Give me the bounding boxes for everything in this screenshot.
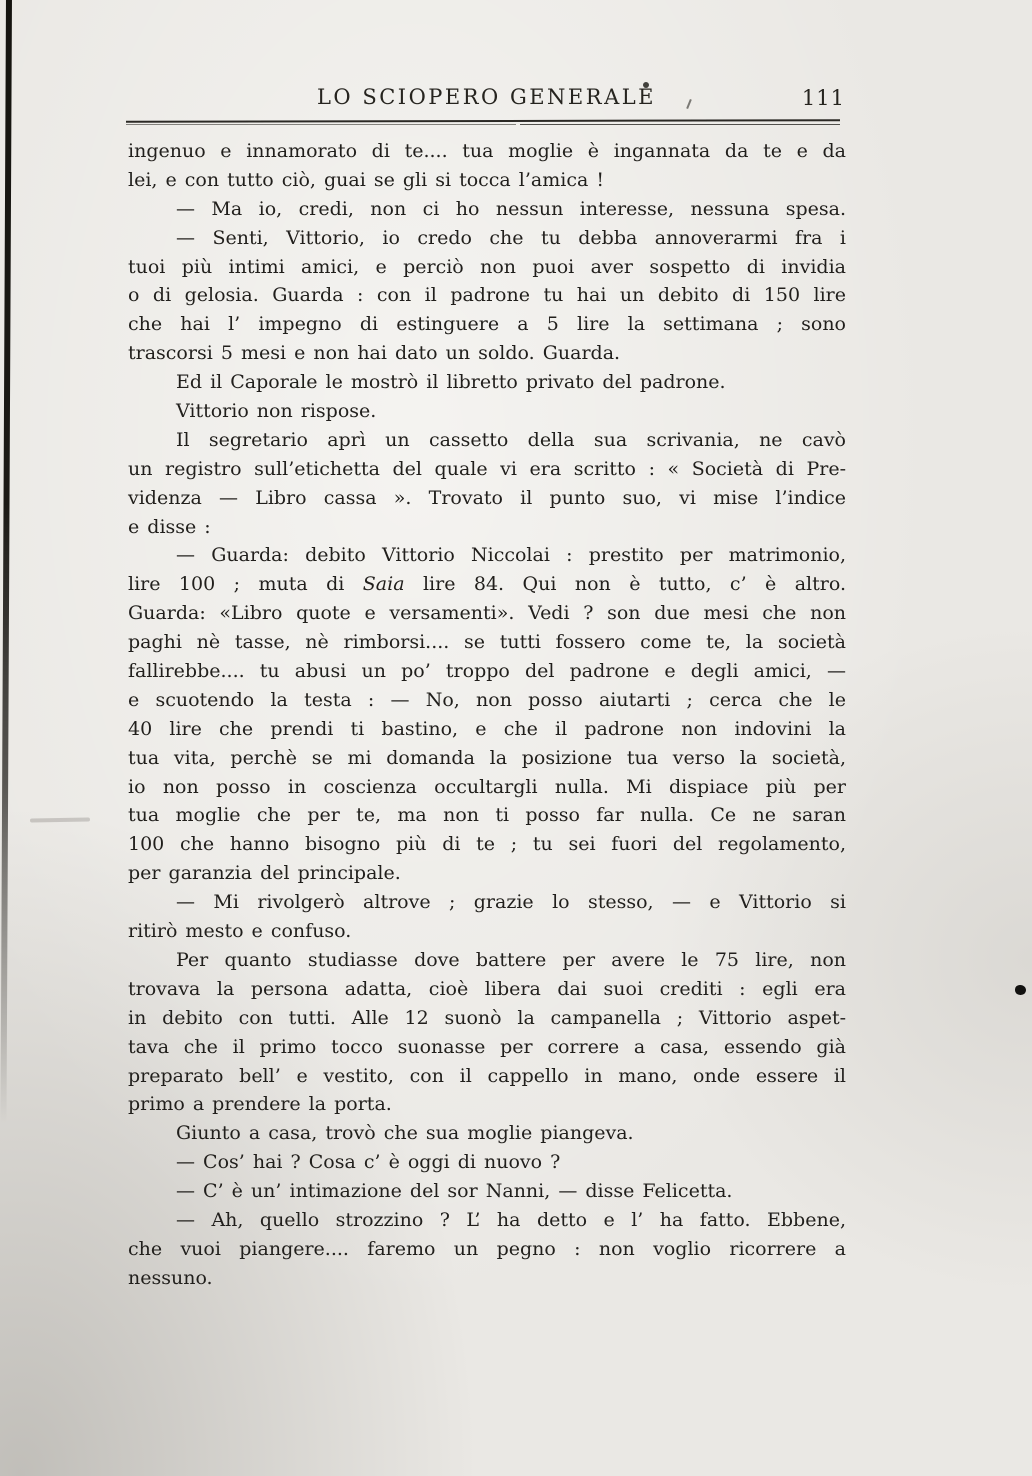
text-line: e disse : — [128, 513, 846, 542]
text-line: nessuno. — [128, 1264, 846, 1293]
text-line: Giunto a casa, trovò che sua moglie pian… — [128, 1119, 846, 1148]
text-line: ingenuo e innamorato di te.... tua mogli… — [128, 137, 846, 166]
ink-blob-artifact — [1015, 985, 1026, 995]
text-line: Per quanto studiasse dove battere per av… — [128, 946, 846, 975]
text-line: — Guarda: debito Vittorio Niccolai : pre… — [128, 541, 846, 570]
ink-dot-artifact — [643, 82, 649, 88]
text-line: lire 100 ; muta di Saia lire 84. Qui non… — [128, 570, 846, 599]
text-line: — C’ è un’ intimazione del sor Nanni, — … — [128, 1177, 846, 1206]
text-line: per garanzia del principale. — [128, 859, 846, 888]
text-line: Vittorio non rispose. — [128, 397, 846, 426]
text-line: — Senti, Vittorio, io credo che tu debba… — [128, 224, 846, 253]
page-number: 111 — [760, 86, 845, 110]
text-line: — Mi rivolgerò altrove ; grazie lo stess… — [128, 888, 846, 917]
text-segment: lire 84. Qui non è tutto, c’ è altro. — [405, 573, 846, 595]
text-line: — Ah, quello strozzino ? L’ ha detto e l… — [128, 1206, 846, 1235]
text-line: preparato bell’ e vestito, con il cappel… — [128, 1062, 846, 1091]
text-line: — Cos’ hai ? Cosa c’ è oggi di nuovo ? — [128, 1148, 846, 1177]
text-line: in debito con tutti. Alle 12 suonò la ca… — [128, 1004, 846, 1033]
smudge-artifact — [30, 817, 90, 822]
text-line: trascorsi 5 mesi e non hai dato un soldo… — [128, 339, 846, 368]
text-line: primo a prendere la porta. — [128, 1090, 846, 1119]
text-line: tava che il primo tocco suonasse per cor… — [128, 1033, 846, 1062]
text-line: 40 lire che prendi ti bastino, e che il … — [128, 715, 846, 744]
text-line: o di gelosia. Guarda : con il padrone tu… — [128, 281, 846, 310]
text-line: e scuotendo la testa : — No, non posso a… — [128, 686, 846, 715]
text-line: trovava la persona adatta, cioè libera d… — [128, 975, 846, 1004]
header-rule-double-right — [520, 124, 840, 126]
text-segment: lire 100 ; muta di — [128, 573, 363, 595]
text-line: Guarda: «Libro quote e versamenti». Vedi… — [128, 599, 846, 628]
text-line: — Ma io, credi, non ci ho nessun interes… — [128, 195, 846, 224]
text-line: un registro sull’etichetta del quale vi … — [128, 455, 846, 484]
text-line: paghi nè tasse, nè rimborsi.... se tutti… — [128, 628, 846, 657]
book-gutter-shadow — [0, 0, 12, 1124]
text-line: io non posso in coscienza occultargli nu… — [128, 773, 846, 802]
text-line: lei, e con tutto ciò, guai se gli si toc… — [128, 166, 846, 195]
text-line: che hai l’ impegno di estinguere a 5 lir… — [128, 310, 846, 339]
text-line: 100 che hanno bisogno più di te ; tu sei… — [128, 830, 846, 859]
header-rule-double-left — [126, 124, 516, 125]
text-line: videnza — Libro cassa ». Trovato il punt… — [128, 484, 846, 513]
text-line: tua moglie che per te, ma non ti posso f… — [128, 801, 846, 830]
text-line: Ed il Caporale le mostrò il libretto pri… — [128, 368, 846, 397]
text-line: che vuoi piangere.... faremo un pegno : … — [128, 1235, 846, 1264]
text-line: Il segretario aprì un cassetto della sua… — [128, 426, 846, 455]
running-header-title: LO SCIOPERO GENERALE — [128, 85, 845, 109]
scanned-book-page: { "doc": { "header": { "title": "LO SCIO… — [0, 0, 1032, 1476]
text-segment-italic: Saia — [363, 573, 405, 595]
text-line: tuoi più intimi amici, e perciò non puoi… — [128, 253, 846, 282]
text-line: ritirò mesto e confuso. — [128, 917, 846, 946]
text-line: tua vita, perchè se mi domanda la posizi… — [128, 744, 846, 773]
body-text-block: ingenuo e innamorato di te.... tua mogli… — [128, 137, 846, 1293]
text-line: fallirebbe.... tu abusi un po’ troppo de… — [128, 657, 846, 686]
